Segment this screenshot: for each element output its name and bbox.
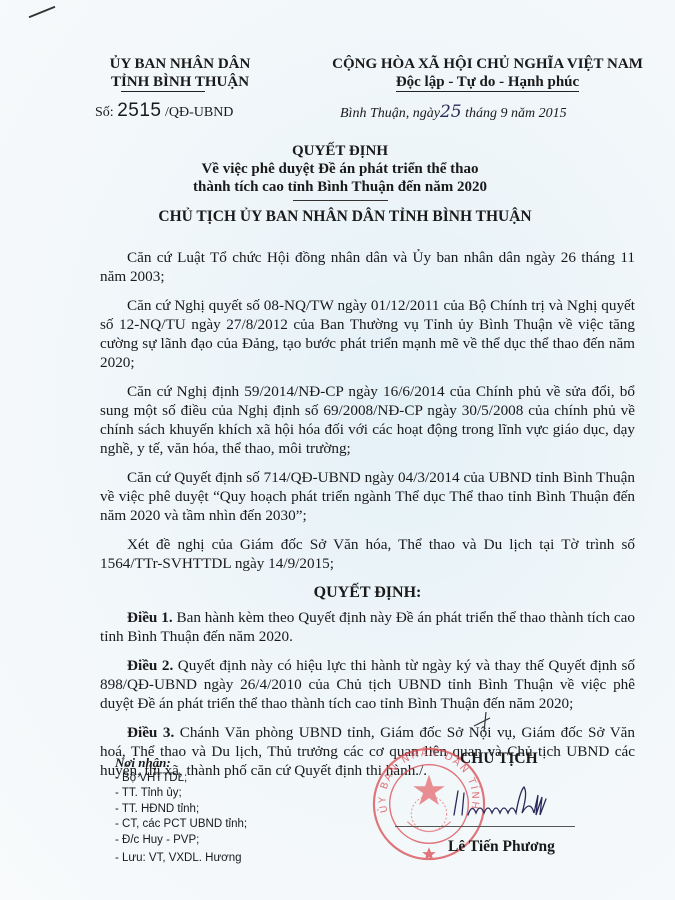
preamble-2: Căn cứ Nghị quyết số 08-NQ/TW ngày 01/12… bbox=[100, 296, 635, 372]
recipient-item: - Bộ VHTTDL; bbox=[115, 771, 247, 787]
decision-heading: QUYẾT ĐỊNH: bbox=[100, 583, 635, 602]
national-header: CỘNG HÒA XÃ HỘI CHỦ NGHĨA VIỆT NAM Độc l… bbox=[310, 55, 665, 92]
document-number: Số: 2515 /QĐ-UBND bbox=[95, 100, 233, 122]
preamble-3: Căn cứ Nghị định 59/2014/NĐ-CP ngày 16/6… bbox=[100, 382, 635, 458]
document-body: Căn cứ Luật Tổ chức Hội đồng nhân dân và… bbox=[100, 248, 635, 790]
title-subject-1: Về việc phê duyệt Đề án phát triển thể t… bbox=[100, 160, 580, 178]
title-subject-2: thành tích cao tỉnh Bình Thuận đến năm 2… bbox=[100, 178, 580, 196]
preamble-4: Căn cứ Quyết định số 714/QĐ-UBND ngày 04… bbox=[100, 468, 635, 525]
signer-name: Lê Tiến Phương bbox=[448, 838, 555, 856]
recipient-item: - TT. HĐND tỉnh; bbox=[115, 802, 247, 818]
title-heading: QUYẾT ĐỊNH bbox=[100, 142, 580, 160]
document-date: Bình Thuận, ngày25 tháng 9 năm 2015 bbox=[340, 102, 567, 122]
preamble-1: Căn cứ Luật Tổ chức Hội đồng nhân dân và… bbox=[100, 248, 635, 286]
nation-motto: Độc lập - Tự do - Hạnh phúc bbox=[396, 73, 579, 92]
recipient-item: - Đ/c Huy - PVP; bbox=[115, 833, 247, 849]
signer-title: CHỦ TỊCH bbox=[460, 750, 538, 768]
issuer-title: CHỦ TỊCH ỦY BAN NHÂN DÂN TỈNH BÌNH THUẬN bbox=[95, 208, 595, 226]
issuing-agency: ỦY BAN NHÂN DÂN TỈNH BÌNH THUẬN bbox=[100, 55, 260, 92]
nation-line-1: CỘNG HÒA XÃ HỘI CHỦ NGHĨA VIỆT NAM bbox=[310, 55, 665, 73]
recipients-list: Nơi nhận: - Bộ VHTTDL; - TT. Tỉnh ủy; - … bbox=[115, 755, 247, 867]
document-title: QUYẾT ĐỊNH Về việc phê duyệt Đề án phát … bbox=[100, 142, 580, 201]
handwritten-day: 25 bbox=[440, 102, 462, 122]
article-1: Điều 1. Ban hành kèm theo Quyết định này… bbox=[100, 608, 635, 646]
agency-line-1: ỦY BAN NHÂN DÂN bbox=[100, 55, 260, 73]
signature-line bbox=[395, 826, 575, 827]
title-divider bbox=[293, 200, 388, 201]
recipient-item: - Lưu: VT, VXDL. Hương bbox=[115, 851, 247, 867]
preamble-5: Xét đề nghị của Giám đốc Sở Văn hóa, Thể… bbox=[100, 535, 635, 573]
handwritten-signature-icon bbox=[450, 785, 580, 821]
agency-line-2: TỈNH BÌNH THUẬN bbox=[100, 73, 260, 92]
article-2: Điều 2. Quyết định này có hiệu lực thi h… bbox=[100, 656, 635, 713]
pen-mark bbox=[29, 6, 56, 18]
scanned-document-page: ỦY BAN NHÂN DÂN TỈNH BÌNH THUẬN Số: 2515… bbox=[0, 0, 675, 900]
recipient-item: - TT. Tỉnh ủy; bbox=[115, 786, 247, 802]
recipients-heading: Nơi nhận: bbox=[115, 755, 247, 771]
initial-mark-icon bbox=[472, 710, 500, 734]
doc-number-value: 2515 bbox=[117, 100, 161, 121]
recipient-item: - CT, các PCT UBND tỉnh; bbox=[115, 817, 247, 833]
